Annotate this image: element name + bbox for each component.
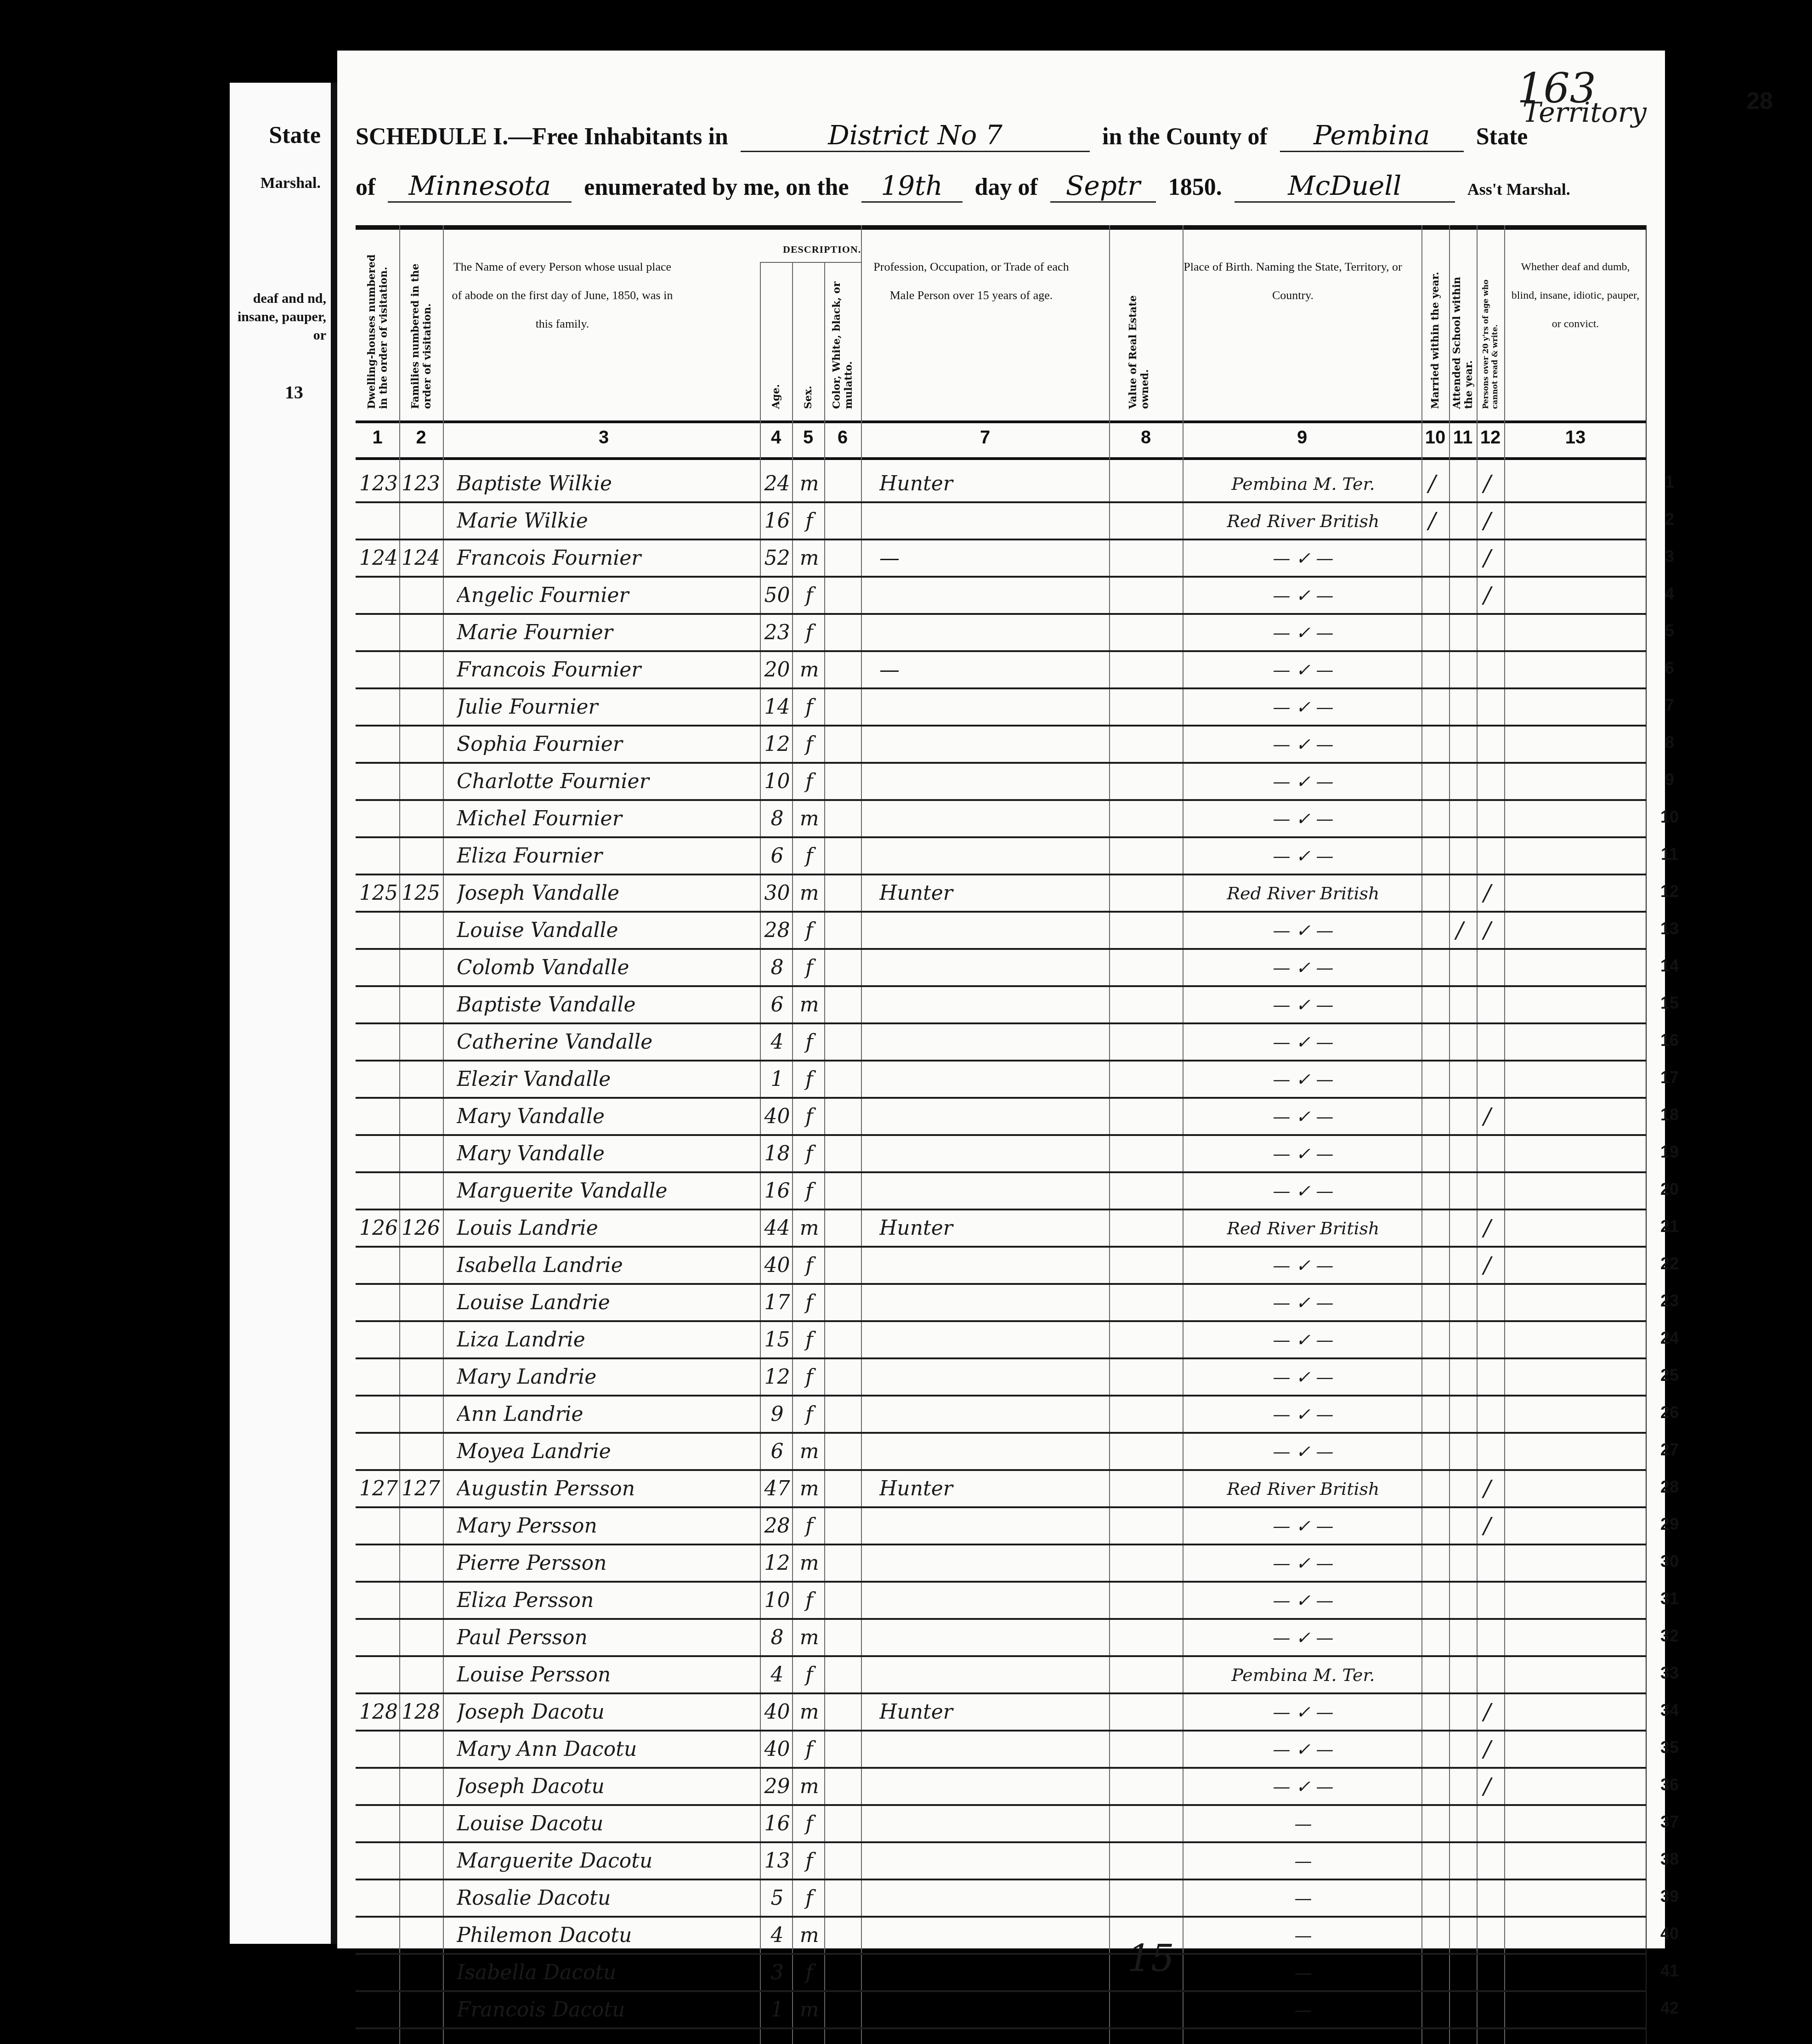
birthplace: — bbox=[1187, 1808, 1419, 1840]
age: 10 bbox=[762, 766, 792, 798]
age: 16 bbox=[762, 1808, 792, 1840]
age: 9 bbox=[762, 1398, 792, 1431]
birthplace: — ✓ — bbox=[1187, 1436, 1419, 1468]
previous-page-fragment: State Marshal. deaf and nd, insane, paup… bbox=[230, 83, 334, 1944]
territory-annotation: Territory bbox=[1523, 97, 1647, 129]
col-num-13: 13 bbox=[1504, 427, 1647, 448]
person-name: Francois Fournier bbox=[457, 654, 755, 686]
line-number: 28 bbox=[1651, 1477, 1688, 1497]
occupation bbox=[879, 1324, 1100, 1356]
age: 4 bbox=[762, 1659, 792, 1691]
age: 6 bbox=[762, 1436, 792, 1468]
birthplace: — ✓ — bbox=[1187, 766, 1419, 798]
birthplace: — ✓ — bbox=[1187, 1622, 1419, 1654]
birthplace: — ✓ — bbox=[1187, 728, 1419, 761]
birthplace: — ✓ — bbox=[1187, 1063, 1419, 1096]
line-number: 1 bbox=[1651, 472, 1688, 492]
sex: m bbox=[794, 468, 824, 500]
birthplace: Pembina M. Ter. bbox=[1187, 1659, 1419, 1691]
illiterate-mark: / bbox=[1484, 1249, 1491, 1282]
prev-page-col13-header: deaf and nd, insane, pauper, or bbox=[234, 290, 326, 345]
occupation bbox=[879, 1919, 1100, 1952]
birthplace: — ✓ — bbox=[1187, 1249, 1419, 1282]
census-row: Joseph Dacotu 29 m — ✓ — / 36 bbox=[356, 1767, 1647, 1806]
dwelling-number bbox=[359, 1138, 398, 1170]
dwelling-number bbox=[359, 1733, 398, 1766]
census-row: 125 125 Joseph Vandalle 30 m Hunter Red … bbox=[356, 874, 1647, 913]
occupation: — bbox=[879, 654, 1100, 686]
line-number: 15 bbox=[1651, 994, 1688, 1013]
person-name: Elezir Vandalle bbox=[457, 1063, 755, 1096]
month-field: Septr bbox=[1050, 170, 1156, 203]
line-number: 6 bbox=[1651, 659, 1688, 678]
census-row: 124 124 Francois Fournier 52 m — — ✓ — /… bbox=[356, 539, 1647, 578]
age: 5 bbox=[762, 1882, 792, 1914]
person-name: Sophia Fournier bbox=[457, 728, 755, 761]
birthplace: Red River British bbox=[1187, 505, 1419, 537]
census-row: Mary Vandalle 40 f — ✓ — / 18 bbox=[356, 1097, 1647, 1136]
census-row: Moyea Landrie 6 m — ✓ — 27 bbox=[356, 1432, 1647, 1471]
person-name: Louis Landrie bbox=[457, 1212, 755, 1244]
birthplace: — ✓ — bbox=[1187, 654, 1419, 686]
line-number: 10 bbox=[1651, 807, 1688, 827]
dwelling-number bbox=[359, 803, 398, 835]
line-number: 5 bbox=[1651, 621, 1688, 641]
col-num-10: 10 bbox=[1421, 427, 1449, 448]
census-row: Paul Persson 8 m — ✓ — 32 bbox=[356, 1618, 1647, 1657]
census-row: Marguerite Vandalle 16 f — ✓ — 20 bbox=[356, 1171, 1647, 1210]
occupation bbox=[879, 1026, 1100, 1058]
sex: m bbox=[794, 1212, 824, 1244]
birthplace: Red River British bbox=[1187, 877, 1419, 909]
occupation bbox=[879, 914, 1100, 947]
day-field: 19th bbox=[861, 170, 963, 203]
dwelling-number bbox=[359, 1398, 398, 1431]
line-number: 33 bbox=[1651, 1664, 1688, 1683]
line-number: 7 bbox=[1651, 696, 1688, 715]
family-number bbox=[402, 1063, 442, 1096]
sex: m bbox=[794, 1696, 824, 1728]
age: 14 bbox=[762, 691, 792, 723]
dwelling-number: 128 bbox=[359, 1696, 398, 1728]
birthplace: — ✓ — bbox=[1187, 1547, 1419, 1579]
line-number: 26 bbox=[1651, 1403, 1688, 1422]
person-name: Marie Fournier bbox=[457, 617, 755, 649]
sex: m bbox=[794, 877, 824, 909]
census-row: Liza Landrie 15 f — ✓ — 24 bbox=[356, 1320, 1647, 1359]
occupation bbox=[879, 728, 1100, 761]
occupation bbox=[879, 952, 1100, 984]
birthplace: — ✓ — bbox=[1187, 840, 1419, 872]
family-number bbox=[402, 766, 442, 798]
married-mark: / bbox=[1428, 505, 1436, 537]
age: 12 bbox=[762, 728, 792, 761]
illiterate-mark: / bbox=[1484, 1473, 1491, 1505]
family-number bbox=[402, 617, 442, 649]
age: 23 bbox=[762, 617, 792, 649]
birthplace: — bbox=[1187, 1994, 1419, 2026]
occupation: Hunter bbox=[879, 877, 1100, 909]
sex: f bbox=[794, 1398, 824, 1431]
person-name: Isabella Dacotu bbox=[457, 1957, 755, 1989]
dwelling-number: 123 bbox=[359, 468, 398, 500]
dwelling-number bbox=[359, 1436, 398, 1468]
line-number: 4 bbox=[1651, 584, 1688, 603]
person-name: Rosalie Dacotu bbox=[457, 1882, 755, 1914]
sex: f bbox=[794, 728, 824, 761]
col5-header: Sex. bbox=[792, 230, 824, 414]
birthplace: — ✓ — bbox=[1187, 617, 1419, 649]
line-number: 34 bbox=[1651, 1701, 1688, 1720]
family-number bbox=[402, 579, 442, 612]
col4-header: Age. bbox=[760, 230, 792, 414]
illiterate-mark: / bbox=[1484, 468, 1491, 500]
illiterate-mark: / bbox=[1484, 505, 1491, 537]
state-label: State bbox=[1476, 124, 1528, 150]
dwelling-number bbox=[359, 1175, 398, 1207]
sex: f bbox=[794, 691, 824, 723]
occupation: Hunter bbox=[879, 1212, 1100, 1244]
birthplace: Red River British bbox=[1187, 1473, 1419, 1505]
birthplace: — ✓ — bbox=[1187, 952, 1419, 984]
age: 8 bbox=[762, 803, 792, 835]
occupation bbox=[879, 1622, 1100, 1654]
occupation bbox=[879, 617, 1100, 649]
age: 52 bbox=[762, 542, 792, 574]
family-number bbox=[402, 1845, 442, 1877]
person-name: Joseph Vandalle bbox=[457, 877, 755, 909]
family-number bbox=[402, 1026, 442, 1058]
family-number bbox=[402, 1361, 442, 1393]
line-number: 42 bbox=[1651, 1999, 1688, 2018]
line-number: 32 bbox=[1651, 1626, 1688, 1646]
married-mark: / bbox=[1428, 468, 1436, 500]
dwelling-number bbox=[359, 1547, 398, 1579]
age: 40 bbox=[762, 1101, 792, 1133]
sex: m bbox=[794, 1919, 824, 1952]
birthplace: — ✓ — bbox=[1187, 1026, 1419, 1058]
person-name: Mary Persson bbox=[457, 1510, 755, 1542]
sex: f bbox=[794, 1026, 824, 1058]
sex: f bbox=[794, 1101, 824, 1133]
dwelling-number bbox=[359, 505, 398, 537]
person-name: Colomb Vandalle bbox=[457, 952, 755, 984]
line-number: 22 bbox=[1651, 1254, 1688, 1273]
person-name: Julie Fournier bbox=[457, 691, 755, 723]
occupation bbox=[879, 766, 1100, 798]
age: 50 bbox=[762, 579, 792, 612]
family-number bbox=[402, 1287, 442, 1319]
family-number bbox=[402, 1175, 442, 1207]
census-row: Catherine Vandalle 4 f — ✓ — 16 bbox=[356, 1022, 1647, 1062]
census-row: Isabella Dacotu 3 f — 41 bbox=[356, 1953, 1647, 1992]
census-row: Francois Dacotu 1 m — 42 bbox=[356, 1990, 1647, 2029]
line-number: 14 bbox=[1651, 956, 1688, 976]
illiterate-mark: / bbox=[1484, 1733, 1491, 1766]
age: 44 bbox=[762, 1212, 792, 1244]
family-number: 128 bbox=[402, 1696, 442, 1728]
birthplace: — ✓ — bbox=[1187, 1584, 1419, 1617]
family-number bbox=[402, 1547, 442, 1579]
occupation bbox=[879, 1584, 1100, 1617]
occupation bbox=[879, 1361, 1100, 1393]
col6-header: Color, White, black, or mulatto. bbox=[824, 230, 861, 414]
birthplace: — ✓ — bbox=[1187, 1138, 1419, 1170]
occupation bbox=[879, 1063, 1100, 1096]
dwelling-number: 127 bbox=[359, 1473, 398, 1505]
sex: f bbox=[794, 914, 824, 947]
line-number: 16 bbox=[1651, 1031, 1688, 1050]
col-num-1: 1 bbox=[356, 427, 399, 448]
dwelling-number bbox=[359, 840, 398, 872]
family-number bbox=[402, 840, 442, 872]
col-num-5: 5 bbox=[792, 427, 824, 448]
family-number bbox=[402, 952, 442, 984]
illiterate-mark: / bbox=[1484, 1696, 1491, 1728]
line-number: 18 bbox=[1651, 1105, 1688, 1124]
dwelling-number: 124 bbox=[359, 542, 398, 574]
birthplace: — ✓ — bbox=[1187, 579, 1419, 612]
dwelling-number bbox=[359, 579, 398, 612]
sex: f bbox=[794, 1845, 824, 1877]
occupation bbox=[879, 803, 1100, 835]
sex: f bbox=[794, 617, 824, 649]
col-num-3: 3 bbox=[447, 427, 760, 448]
line-number: 23 bbox=[1651, 1291, 1688, 1311]
birthplace: — ✓ — bbox=[1187, 803, 1419, 835]
age: 6 bbox=[762, 989, 792, 1021]
occupation bbox=[879, 1808, 1100, 1840]
family-number bbox=[402, 1398, 442, 1431]
occupation bbox=[879, 1249, 1100, 1282]
occupation bbox=[879, 989, 1100, 1021]
person-name: Eliza Persson bbox=[457, 1584, 755, 1617]
occupation bbox=[879, 505, 1100, 537]
person-name: Louise Vandalle bbox=[457, 914, 755, 947]
person-name: Liza Landrie bbox=[457, 1324, 755, 1356]
marshal-field: McDuell bbox=[1234, 170, 1455, 203]
occupation bbox=[879, 691, 1100, 723]
person-name: Moyea Landrie bbox=[457, 1436, 755, 1468]
sex: m bbox=[794, 654, 824, 686]
age: 17 bbox=[762, 1287, 792, 1319]
sex: m bbox=[794, 1473, 824, 1505]
census-row: Mary Vandalle 18 f — ✓ — 19 bbox=[356, 1134, 1647, 1173]
family-number bbox=[402, 1957, 442, 1989]
family-number bbox=[402, 1919, 442, 1952]
illiterate-mark: / bbox=[1484, 579, 1491, 612]
sex: f bbox=[794, 1249, 824, 1282]
dwelling-number bbox=[359, 1845, 398, 1877]
header-top-rule bbox=[356, 225, 1647, 230]
person-name: Michel Fournier bbox=[457, 803, 755, 835]
census-row: Michel Fournier 8 m — ✓ — 10 bbox=[356, 799, 1647, 838]
person-name: Isabella Landrie bbox=[457, 1249, 755, 1282]
sex: f bbox=[794, 1882, 824, 1914]
sex: f bbox=[794, 766, 824, 798]
line-number: 20 bbox=[1651, 1180, 1688, 1199]
census-row: Louise Persson 4 f Pembina M. Ter. 33 bbox=[356, 1655, 1647, 1694]
enumeration-line: of Minnesota enumerated by me, on the 19… bbox=[356, 170, 1570, 203]
person-name: Louise Landrie bbox=[457, 1287, 755, 1319]
age: 40 bbox=[762, 1249, 792, 1282]
census-row: 127 127 Augustin Persson 47 m Hunter Red… bbox=[356, 1469, 1647, 1508]
family-number bbox=[402, 1733, 442, 1766]
line-number: 24 bbox=[1651, 1329, 1688, 1348]
person-name: Paul Persson bbox=[457, 1622, 755, 1654]
occupation bbox=[879, 1771, 1100, 1803]
line-number: 12 bbox=[1651, 882, 1688, 901]
of-label: of bbox=[356, 174, 375, 200]
birthplace: — ✓ — bbox=[1187, 542, 1419, 574]
line-number: 17 bbox=[1651, 1068, 1688, 1087]
census-row: Philemon Dacotu 4 m — 40 bbox=[356, 1916, 1647, 1955]
col13-header: Whether deaf and dumb, blind, insane, id… bbox=[1509, 253, 1642, 338]
line-number: 2 bbox=[1651, 510, 1688, 529]
age: 1 bbox=[762, 1994, 792, 2026]
age: 4 bbox=[762, 1026, 792, 1058]
sex: m bbox=[794, 803, 824, 835]
col-num-7: 7 bbox=[861, 427, 1109, 448]
person-name: Charlotte Fournier bbox=[457, 766, 755, 798]
age: 20 bbox=[762, 654, 792, 686]
census-row: Marguerite Dacotu 13 f — 38 bbox=[356, 1841, 1647, 1880]
birthplace: — bbox=[1187, 1957, 1419, 1989]
family-number: 123 bbox=[402, 468, 442, 500]
line-number: 19 bbox=[1651, 1142, 1688, 1162]
birthplace: — ✓ — bbox=[1187, 1771, 1419, 1803]
page-number: 28 bbox=[1746, 87, 1773, 115]
illiterate-mark: / bbox=[1484, 1510, 1491, 1542]
census-row: Eliza Persson 10 f — ✓ — 31 bbox=[356, 1581, 1647, 1620]
person-name: Francois Dacotu bbox=[457, 1994, 755, 2026]
schedule-title-line: SCHEDULE I.—Free Inhabitants in District… bbox=[356, 119, 1528, 152]
person-name: Philemon Dacotu bbox=[457, 1919, 755, 1952]
age: 18 bbox=[762, 1138, 792, 1170]
census-row: Marie Wilkie 16 f Red River British / / … bbox=[356, 501, 1647, 540]
birthplace: — bbox=[1187, 1919, 1419, 1952]
age: 16 bbox=[762, 1175, 792, 1207]
occupation bbox=[879, 1547, 1100, 1579]
family-number bbox=[402, 1138, 442, 1170]
person-name: Louise Dacotu bbox=[457, 1808, 755, 1840]
occupation bbox=[879, 1659, 1100, 1691]
prev-page-state-label: State bbox=[269, 122, 321, 149]
occupation bbox=[879, 1510, 1100, 1542]
sex: f bbox=[794, 1324, 824, 1356]
family-number bbox=[402, 1994, 442, 2026]
person-name: Marguerite Dacotu bbox=[457, 1845, 755, 1877]
family-number: 125 bbox=[402, 877, 442, 909]
family-number bbox=[402, 1436, 442, 1468]
col10-header: Married within the year. bbox=[1421, 230, 1449, 414]
line-number: 3 bbox=[1651, 547, 1688, 566]
census-row: 123 123 Baptiste Wilkie 24 m Hunter Pemb… bbox=[356, 464, 1647, 503]
dwelling-number bbox=[359, 617, 398, 649]
census-row: 128 128 Joseph Dacotu 40 m Hunter — ✓ — … bbox=[356, 1692, 1647, 1732]
col2-header: Families numbered in the order of visita… bbox=[399, 230, 443, 414]
enumerated-label: enumerated by me, on the bbox=[584, 174, 849, 200]
sex: f bbox=[794, 1584, 824, 1617]
state-field: Minnesota bbox=[388, 170, 572, 203]
line-number: 27 bbox=[1651, 1440, 1688, 1459]
age: 47 bbox=[762, 1473, 792, 1505]
census-row: Julie Fournier 14 f — ✓ — 7 bbox=[356, 687, 1647, 727]
age: 12 bbox=[762, 1547, 792, 1579]
illiterate-mark: / bbox=[1484, 1212, 1491, 1244]
occupation bbox=[879, 1287, 1100, 1319]
prev-page-marshal-label: Marshal. bbox=[260, 175, 321, 192]
line-number: 30 bbox=[1651, 1552, 1688, 1571]
illiterate-mark: / bbox=[1484, 877, 1491, 909]
dwelling-number bbox=[359, 691, 398, 723]
family-number bbox=[402, 654, 442, 686]
sex: m bbox=[794, 1994, 824, 2026]
dwelling-number bbox=[359, 1287, 398, 1319]
schedule-label: SCHEDULE I.—Free Inhabitants in bbox=[356, 124, 728, 150]
person-name: Baptiste Vandalle bbox=[457, 989, 755, 1021]
census-row: Louise Landrie 17 f — ✓ — 23 bbox=[356, 1283, 1647, 1322]
occupation: Hunter bbox=[879, 1473, 1100, 1505]
occupation bbox=[879, 1138, 1100, 1170]
census-row: Sophia Fournier 12 f — ✓ — 8 bbox=[356, 725, 1647, 764]
sex: f bbox=[794, 1361, 824, 1393]
person-name: Mary Ann Dacotu bbox=[457, 1733, 755, 1766]
county-field: Pembina bbox=[1280, 119, 1464, 152]
family-number bbox=[402, 1324, 442, 1356]
person-name: Baptiste Wilkie bbox=[457, 468, 755, 500]
dwelling-number: 125 bbox=[359, 877, 398, 909]
occupation bbox=[879, 1994, 1100, 2026]
sex: m bbox=[794, 1547, 824, 1579]
dwelling-number bbox=[359, 1882, 398, 1914]
family-number bbox=[402, 803, 442, 835]
family-number bbox=[402, 1771, 442, 1803]
county-label: in the County of bbox=[1102, 124, 1268, 150]
census-row: Charlotte Fournier 10 f — ✓ — 9 bbox=[356, 762, 1647, 801]
family-number: 126 bbox=[402, 1212, 442, 1244]
line-number: 31 bbox=[1651, 1589, 1688, 1608]
person-name: Mary Vandalle bbox=[457, 1101, 755, 1133]
family-number bbox=[402, 1808, 442, 1840]
dwelling-number bbox=[359, 1919, 398, 1952]
family-number bbox=[402, 1584, 442, 1617]
person-name: Eliza Fournier bbox=[457, 840, 755, 872]
family-number bbox=[402, 1882, 442, 1914]
sex: f bbox=[794, 1659, 824, 1691]
census-row: Francois Fournier 20 m — — ✓ — 6 bbox=[356, 650, 1647, 689]
family-number bbox=[402, 1659, 442, 1691]
line-number: 39 bbox=[1651, 1887, 1688, 1906]
age: 4 bbox=[762, 1919, 792, 1952]
sex: f bbox=[794, 1957, 824, 1989]
sex: f bbox=[794, 1287, 824, 1319]
dwelling-number bbox=[359, 1063, 398, 1096]
footer-tally: 15 bbox=[1127, 1937, 1174, 1980]
birthplace: — ✓ — bbox=[1187, 1510, 1419, 1542]
census-row: Baptiste Vandalle 6 m — ✓ — 15 bbox=[356, 985, 1647, 1024]
col7-header: Profession, Occupation, or Trade of each… bbox=[870, 253, 1072, 310]
sex: f bbox=[794, 1510, 824, 1542]
sex: m bbox=[794, 1436, 824, 1468]
occupation bbox=[879, 579, 1100, 612]
person-name: Louise Persson bbox=[457, 1659, 755, 1691]
col-num-4: 4 bbox=[760, 427, 792, 448]
family-number bbox=[402, 1249, 442, 1282]
sex: f bbox=[794, 1063, 824, 1096]
col-num-8: 8 bbox=[1109, 427, 1183, 448]
dwelling-number bbox=[359, 728, 398, 761]
